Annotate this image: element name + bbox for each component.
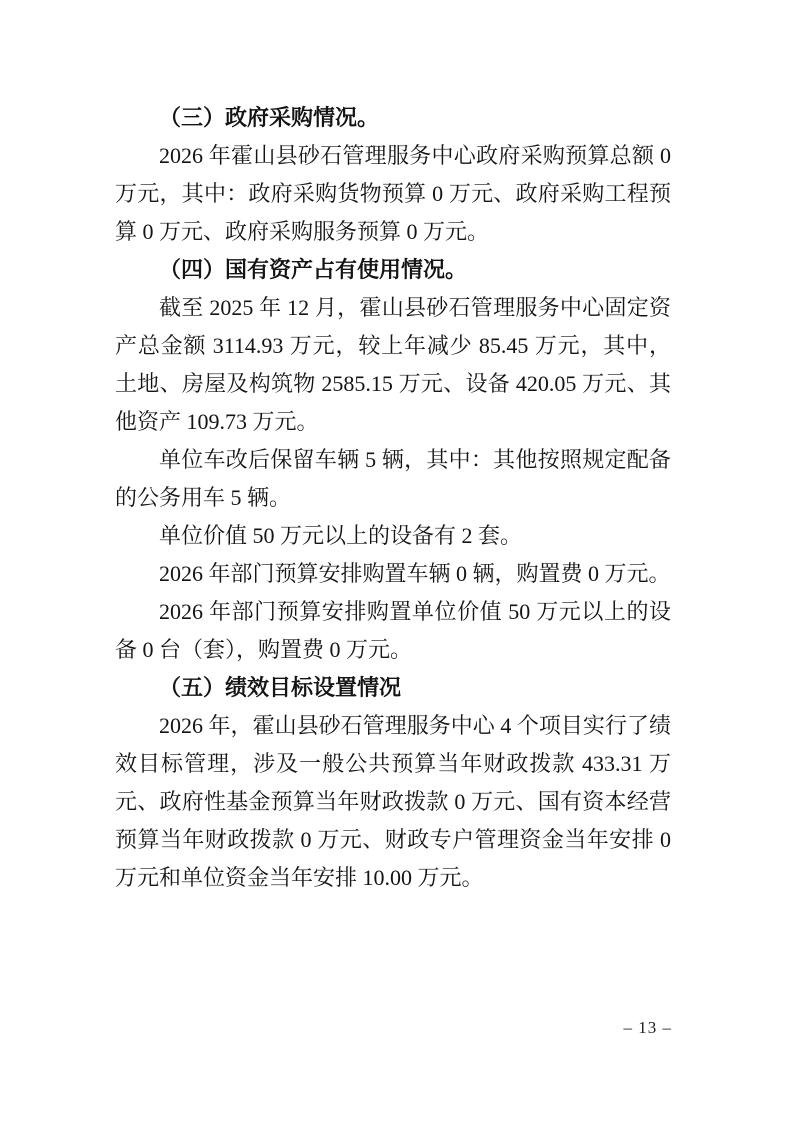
section-heading-performance-targets: （五）绩效目标设置情况 [115,669,671,707]
document-content: （三）政府采购情况。 2026 年霍山县砂石管理服务中心政府采购预算总额 0 万… [115,99,671,897]
paragraph-vehicle-purchase-budget: 2026 年部门预算安排购置车辆 0 辆，购置费 0 万元。 [115,555,671,593]
paragraph-retained-vehicles: 单位车改后保留车辆 5 辆，其中：其他按照规定配备的公务用车 5 辆。 [115,441,671,517]
paragraph-fixed-assets-total: 截至 2025 年 12 月，霍山县砂石管理服务中心固定资产总金额 3114.9… [115,289,671,441]
paragraph-equipment-over-500k: 单位价值 50 万元以上的设备有 2 套。 [115,517,671,555]
paragraph-equipment-purchase-budget: 2026 年部门预算安排购置单位价值 50 万元以上的设备 0 台（套），购置费… [115,593,671,669]
paragraph-performance-target-management: 2026 年，霍山县砂石管理服务中心 4 个项目实行了绩效目标管理，涉及一般公共… [115,707,671,897]
section-heading-government-procurement: （三）政府采购情况。 [115,99,671,137]
paragraph-procurement-budget: 2026 年霍山县砂石管理服务中心政府采购预算总额 0 万元，其中：政府采购货物… [115,137,671,251]
page-number: – 13 – [624,1016,673,1040]
section-heading-state-assets: （四）国有资产占有使用情况。 [115,251,671,289]
document-page: （三）政府采购情况。 2026 年霍山县砂石管理服务中心政府采购预算总额 0 万… [0,0,793,1122]
